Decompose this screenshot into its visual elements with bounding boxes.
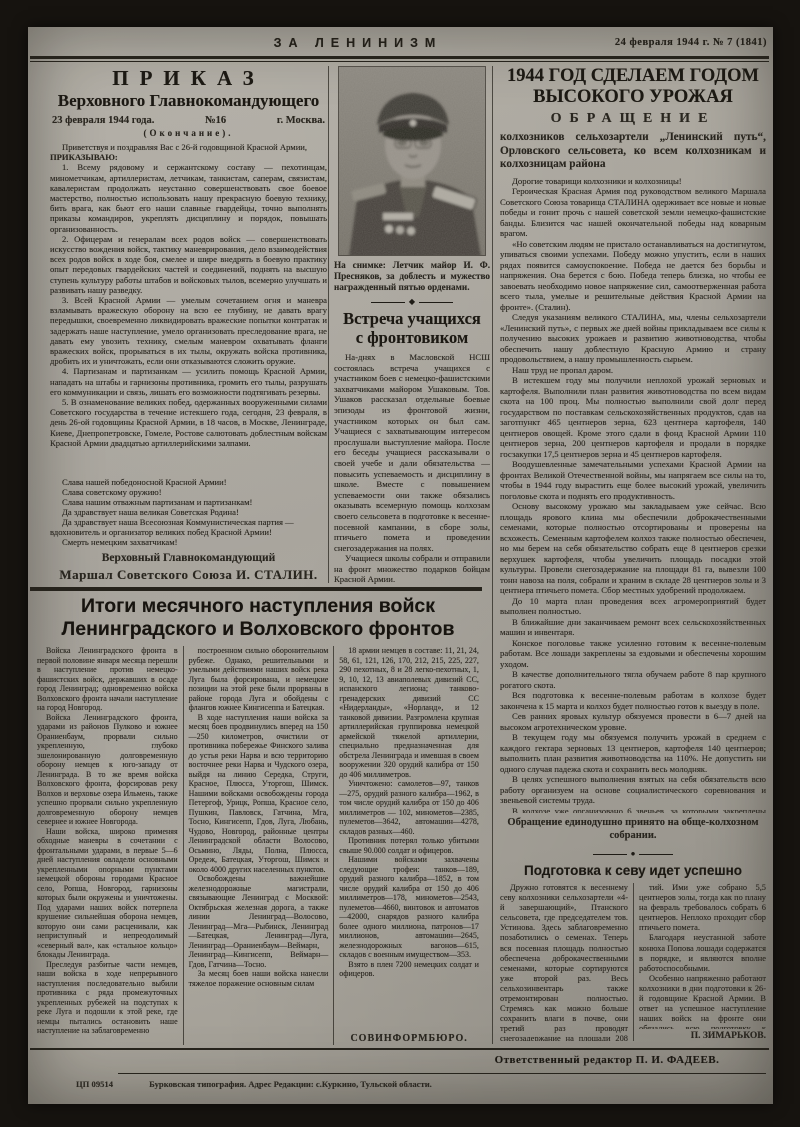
paragraph: В целях успешного выполнения взятых на с… <box>500 774 766 806</box>
dot-divider-icon: ● <box>631 849 636 858</box>
paragraph: 4. Партизанам и партизанкам — усилить по… <box>50 366 327 397</box>
paragraph: Войска Ленинградского фронта, ударами из… <box>37 713 178 827</box>
paragraph: Да здравствует наша Всесоюзная Коммунист… <box>50 517 327 537</box>
harvest-lead: колхозников сельхозартели „Ленинский пут… <box>500 131 766 172</box>
paragraph: 3. Всей Красной Армии — умелым сочетание… <box>50 295 327 366</box>
footer-rule-top <box>30 1048 769 1050</box>
paragraph: 5. В ознаменование великих побед, одержа… <box>50 397 327 448</box>
masthead-rule-thick <box>30 56 769 59</box>
paragraph-list: тий. Ими уже собрано 5,5 центнеров золы,… <box>639 883 766 1029</box>
paragraph: построенном сильно оборонительном рубеже… <box>189 646 329 713</box>
paragraph: Сев ранних яровых культур обязуемся пров… <box>500 711 766 732</box>
harvest-subtitle: ОБРАЩЕНИЕ <box>500 111 766 127</box>
sowing-columns: Дружно готовятся к весеннему севу колхоз… <box>500 883 766 1041</box>
paragraph: Освобождены важнейшие железнодорожные ма… <box>189 874 329 969</box>
paragraph: Героическая Красная Армия под руководств… <box>500 186 766 239</box>
paragraph: В ближайшие дни заканчиваем ремонт всех … <box>500 617 766 638</box>
school-article-body: На-днях в Масловской НСШ состоялась встр… <box>334 352 490 594</box>
paragraph: Наш труд не пропал даром. <box>500 365 766 376</box>
harvest-title-line2: ВЫСОКОГО УРОЖАЯ <box>500 87 766 108</box>
offensive-column-1: Войска Ленинградского фронта в первой по… <box>32 646 183 1045</box>
paragraph: Противник потерял только убитыми свыше 9… <box>339 836 479 855</box>
paragraph: Конское поголовье также усиленно готовим… <box>500 638 766 670</box>
prikaz-intro: Приветствуя и поздравляя Вас с 26-й годо… <box>50 142 327 152</box>
harvest-closing: Обращение единодушно принято на обще-кол… <box>500 817 766 842</box>
prikaz-subtitle: Верховного Главнокомандующего <box>50 90 327 112</box>
photo-caption: На снимке: Летчик майор И. Ф. Пресняков,… <box>334 260 490 293</box>
school-article-title: Встреча учащихся с фронтовиком <box>334 309 490 347</box>
paragraph: Следуя указаниям великого СТАЛИНА, мы, ч… <box>500 312 766 365</box>
paragraph: Дорогие товарищи колхозники и колхозницы… <box>500 176 766 187</box>
prikaz-slogans: Слава нашей победоносной Красной Армии!С… <box>50 477 327 547</box>
sowing-title: Подготовка к севу идет успешно <box>500 863 766 879</box>
paragraph-list: 18 армии немцев в составе: 11, 21, 24, 5… <box>339 646 479 1031</box>
prikaz-date: 23 февраля 1944 года. <box>52 115 154 126</box>
paragraph: В ходе наступления наши войска за месяц … <box>189 713 329 875</box>
paragraph: Уничтожено: самолетов—97, танков—275, ор… <box>339 779 479 836</box>
prikaz-number: №16 <box>205 115 226 126</box>
article-prikaz: ПРИКАЗ Верховного Главнокомандующего 23 … <box>50 66 327 583</box>
imprint-code: ЦП 09514 <box>76 1079 113 1089</box>
paragraph: За месяц боев наши войска нанесли тяжело… <box>189 969 329 988</box>
paragraph: Особенно напряженно работают колхозники … <box>639 974 766 1029</box>
harvest-body: Дорогие товарищи колхозники и колхозницы… <box>500 176 766 813</box>
column-rule <box>328 66 329 583</box>
prikaz-title: ПРИКАЗ <box>50 66 327 90</box>
prikaz-order-word: ПРИКАЗЫВАЮ: <box>50 152 327 162</box>
masthead-rule-thin <box>30 61 769 62</box>
paragraph: Слава советскому оружию! <box>50 487 327 497</box>
paragraph: Наши войска, широко применяя обходные ма… <box>37 827 178 960</box>
imprint-text: Бурковская типография. Адрес Редакции: с… <box>149 1079 432 1089</box>
paragraph-list: 1. Всему рядовому и сержантскому составу… <box>50 162 327 448</box>
prikaz-signature-name: Маршал Советского Союза И. СТАЛИН. <box>50 567 327 583</box>
paragraph: Слава нашей победоносной Красной Армии! <box>50 477 327 487</box>
diamond-divider-icon: ◆ <box>409 297 415 306</box>
paragraph: В качестве дополнительного тягла обучаем… <box>500 669 766 690</box>
harvest-title: 1944 ГОД СДЕЛАЕМ ГОДОМ ВЫСОКОГО УРОЖАЯ <box>500 66 766 108</box>
paragraph: Слава нашим отважным партизанам и партиз… <box>50 497 327 507</box>
newspaper-title: ЗА ЛЕНИНИЗМ <box>168 36 548 50</box>
paragraph: В колхозе уже организовано 6 звеньев, за… <box>500 806 766 813</box>
editor-line: Ответственный редактор П. И. ФАДЕЕВ. <box>448 1054 766 1066</box>
section-rule <box>30 587 482 591</box>
paragraph: Вся подготовка к весенне-полевым работам… <box>500 690 766 711</box>
paragraph: До 10 марта план проведения всех агромер… <box>500 596 766 617</box>
sowing-column-2: тий. Ими уже собрано 5,5 центнеров золы,… <box>633 883 766 1041</box>
offensive-column-2: построенном сильно оборонительном рубеже… <box>183 646 334 1045</box>
diamond-divider: ◆ <box>334 298 490 306</box>
paragraph: В текущем году мы обязуемся получить уро… <box>500 732 766 774</box>
paragraph: Воодушевленные замечательными успехами К… <box>500 459 766 501</box>
photo-column: На снимке: Летчик майор И. Ф. Пресняков,… <box>334 66 490 594</box>
sowing-signature: П. ЗИМАРЬКОВ. <box>639 1031 766 1041</box>
paragraph: 1. Всему рядовому и сержантскому составу… <box>50 162 327 233</box>
paragraph: 18 армии немцев в составе: 11, 21, 24, 5… <box>339 646 479 779</box>
paragraph: 2. Офицерам и генералам всех родов войск… <box>50 234 327 295</box>
issue-date: 24 февраля 1944 г. № 7 (1841) <box>615 37 767 48</box>
article-harvest-appeal: 1944 ГОД СДЕЛАЕМ ГОДОМ ВЫСОКОГО УРОЖАЯ О… <box>500 66 766 842</box>
paragraph: Основу высокому урожаю мы закладываем уж… <box>500 501 766 596</box>
prikaz-meta-row: 23 февраля 1944 года. №16 г. Москва. <box>50 115 327 126</box>
newspaper-page: ЗА ЛЕНИНИЗМ 24 февраля 1944 г. № 7 (1841… <box>28 27 773 1104</box>
prikaz-continuation: (Окончание). <box>50 128 327 138</box>
harvest-title-line1: 1944 ГОД СДЕЛАЕМ ГОДОМ <box>500 66 766 87</box>
offensive-title-line1: Итоги месячного наступления войск <box>32 595 484 618</box>
prikaz-body: Приветствуя и поздравляя Вас с 26-й годо… <box>50 142 327 475</box>
prikaz-signature-title: Верховный Главнокомандующий <box>50 552 327 564</box>
paragraph: Дружно готовятся к весеннему севу колхоз… <box>500 883 628 1041</box>
article-sowing: ● Подготовка к севу идет успешно Дружно … <box>500 845 766 1041</box>
dot-divider: ● <box>500 850 766 858</box>
offensive-columns: Войска Ленинградского фронта в первой по… <box>32 646 484 1045</box>
paragraph: В истекшем году мы получили неплохой уро… <box>500 375 766 459</box>
footer-rule-bottom <box>118 1073 766 1074</box>
column-rule <box>492 66 493 1044</box>
soldier-portrait-photo <box>338 66 486 256</box>
school-article-title-line2: с фронтовиком <box>334 328 490 347</box>
paragraph: Нашими войсками захвачены следующие троф… <box>339 855 479 960</box>
paragraph: Смерть немецким захватчикам! <box>50 537 327 547</box>
paragraph: Преследуя разбитые части немцев, наши во… <box>37 960 178 1036</box>
paragraph: Учащиеся школы собрали и отправили на фр… <box>334 553 490 585</box>
imprint-line: ЦП 09514 Бурковская типография. Адрес Ре… <box>76 1079 716 1089</box>
paragraph: Благодаря неустанной заботе конюха Попов… <box>639 933 766 973</box>
sowing-column-1: Дружно готовятся к весеннему севу колхоз… <box>500 883 633 1041</box>
offensive-title: Итоги месячного наступления войск Ленинг… <box>32 595 484 640</box>
article-offensive-results: Итоги месячного наступления войск Ленинг… <box>32 595 484 1045</box>
offensive-column-3: 18 армии немцев в составе: 11, 21, 24, 5… <box>333 646 484 1045</box>
offensive-signature: СОВИНФОРМБЮРО. <box>339 1034 479 1044</box>
paragraph: На-днях в Масловской НСШ состоялась встр… <box>334 352 490 553</box>
offensive-title-line2: Ленинградского и Волховского фронтов <box>32 618 484 641</box>
school-article-title-line1: Встреча учащихся <box>334 309 490 328</box>
prikaz-place: г. Москва. <box>277 115 325 126</box>
paragraph: Да здравствует наша великая Советская Ро… <box>50 507 327 517</box>
paragraph: «Но советским людям не пристало останавл… <box>500 239 766 313</box>
paragraph: Взято в плен 7200 немецких солдат и офиц… <box>339 960 479 979</box>
paragraph: Войска Ленинградского фронта в первой по… <box>37 646 178 713</box>
newspaper-scan: ЗА ЛЕНИНИЗМ 24 февраля 1944 г. № 7 (1841… <box>0 0 800 1127</box>
paragraph: тий. Ими уже собрано 5,5 центнеров золы,… <box>639 883 766 933</box>
